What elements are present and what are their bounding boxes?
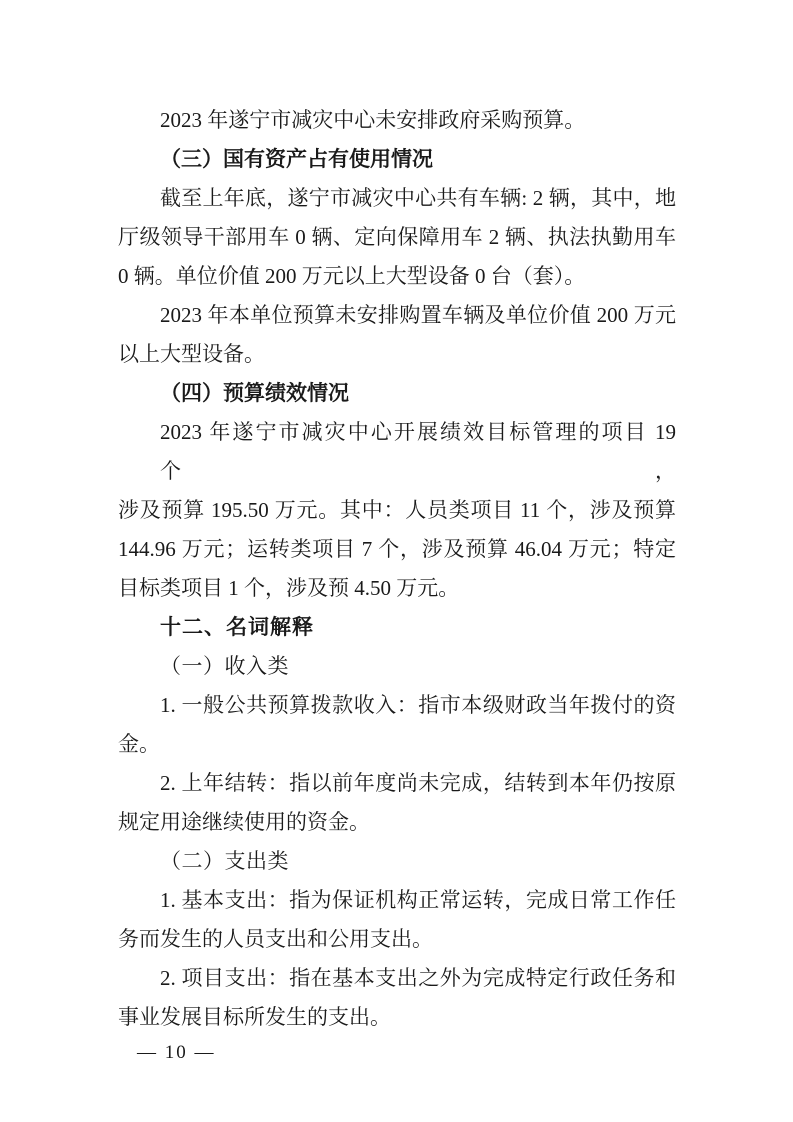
paragraph-line: 截至上年底，遂宁市减灾中心共有车辆: 2 辆，其中，地	[118, 179, 676, 218]
subsection-heading-budget-performance: （四）预算绩效情况	[118, 374, 676, 413]
paragraph-line: 2. 上年结转：指以前年度尚未完成，结转到本年仍按原	[118, 764, 676, 803]
paragraph-line: 2. 项目支出：指在基本支出之外为完成特定行政任务和	[118, 959, 676, 998]
paragraph-line: 1. 基本支出：指为保证机构正常运转，完成日常工作任	[118, 881, 676, 920]
paragraph-line: 2023 年遂宁市减灾中心未安排政府采购预算。	[118, 101, 676, 140]
paragraph-line: 144.96 万元；运转类项目 7 个，涉及预算 46.04 万元；特定	[118, 530, 676, 569]
paragraph-line: 厅级领导干部用车 0 辆、定向保障用车 2 辆、执法执勤用车	[118, 218, 676, 257]
paragraph-line: 事业发展目标所发生的支出。	[118, 998, 676, 1037]
subsection-heading-asset-usage: （三）国有资产占有使用情况	[118, 140, 676, 179]
document-body: 2023 年遂宁市减灾中心未安排政府采购预算。 （三）国有资产占有使用情况 截至…	[118, 101, 676, 1037]
paragraph-line: 2023 年遂宁市减灾中心开展绩效目标管理的项目 19 个，	[118, 413, 676, 491]
paragraph-line: 1. 一般公共预算拨款收入：指市本级财政当年拨付的资	[118, 686, 676, 725]
item-heading-income-category: （一）收入类	[118, 647, 676, 686]
paragraph-line: 2023 年本单位预算未安排购置车辆及单位价值 200 万元	[118, 296, 676, 335]
item-heading-expenditure-category: （二）支出类	[118, 842, 676, 881]
paragraph-line: 目标类项目 1 个，涉及预 4.50 万元。	[118, 569, 676, 608]
section-heading-glossary: 十二、名词解释	[118, 608, 676, 647]
paragraph-line: 0 辆。单位价值 200 万元以上大型设备 0 台（套）。	[118, 257, 676, 296]
paragraph-line: 涉及预算 195.50 万元。其中：人员类项目 11 个，涉及预算	[118, 491, 676, 530]
paragraph-line: 金。	[118, 725, 676, 764]
paragraph-line: 以上大型设备。	[118, 335, 676, 374]
paragraph-line: 规定用途继续使用的资金。	[118, 803, 676, 842]
document-page: 2023 年遂宁市减灾中心未安排政府采购预算。 （三）国有资产占有使用情况 截至…	[0, 0, 793, 1122]
page-number: — 10 —	[137, 1042, 216, 1064]
paragraph-line: 务而发生的人员支出和公用支出。	[118, 920, 676, 959]
